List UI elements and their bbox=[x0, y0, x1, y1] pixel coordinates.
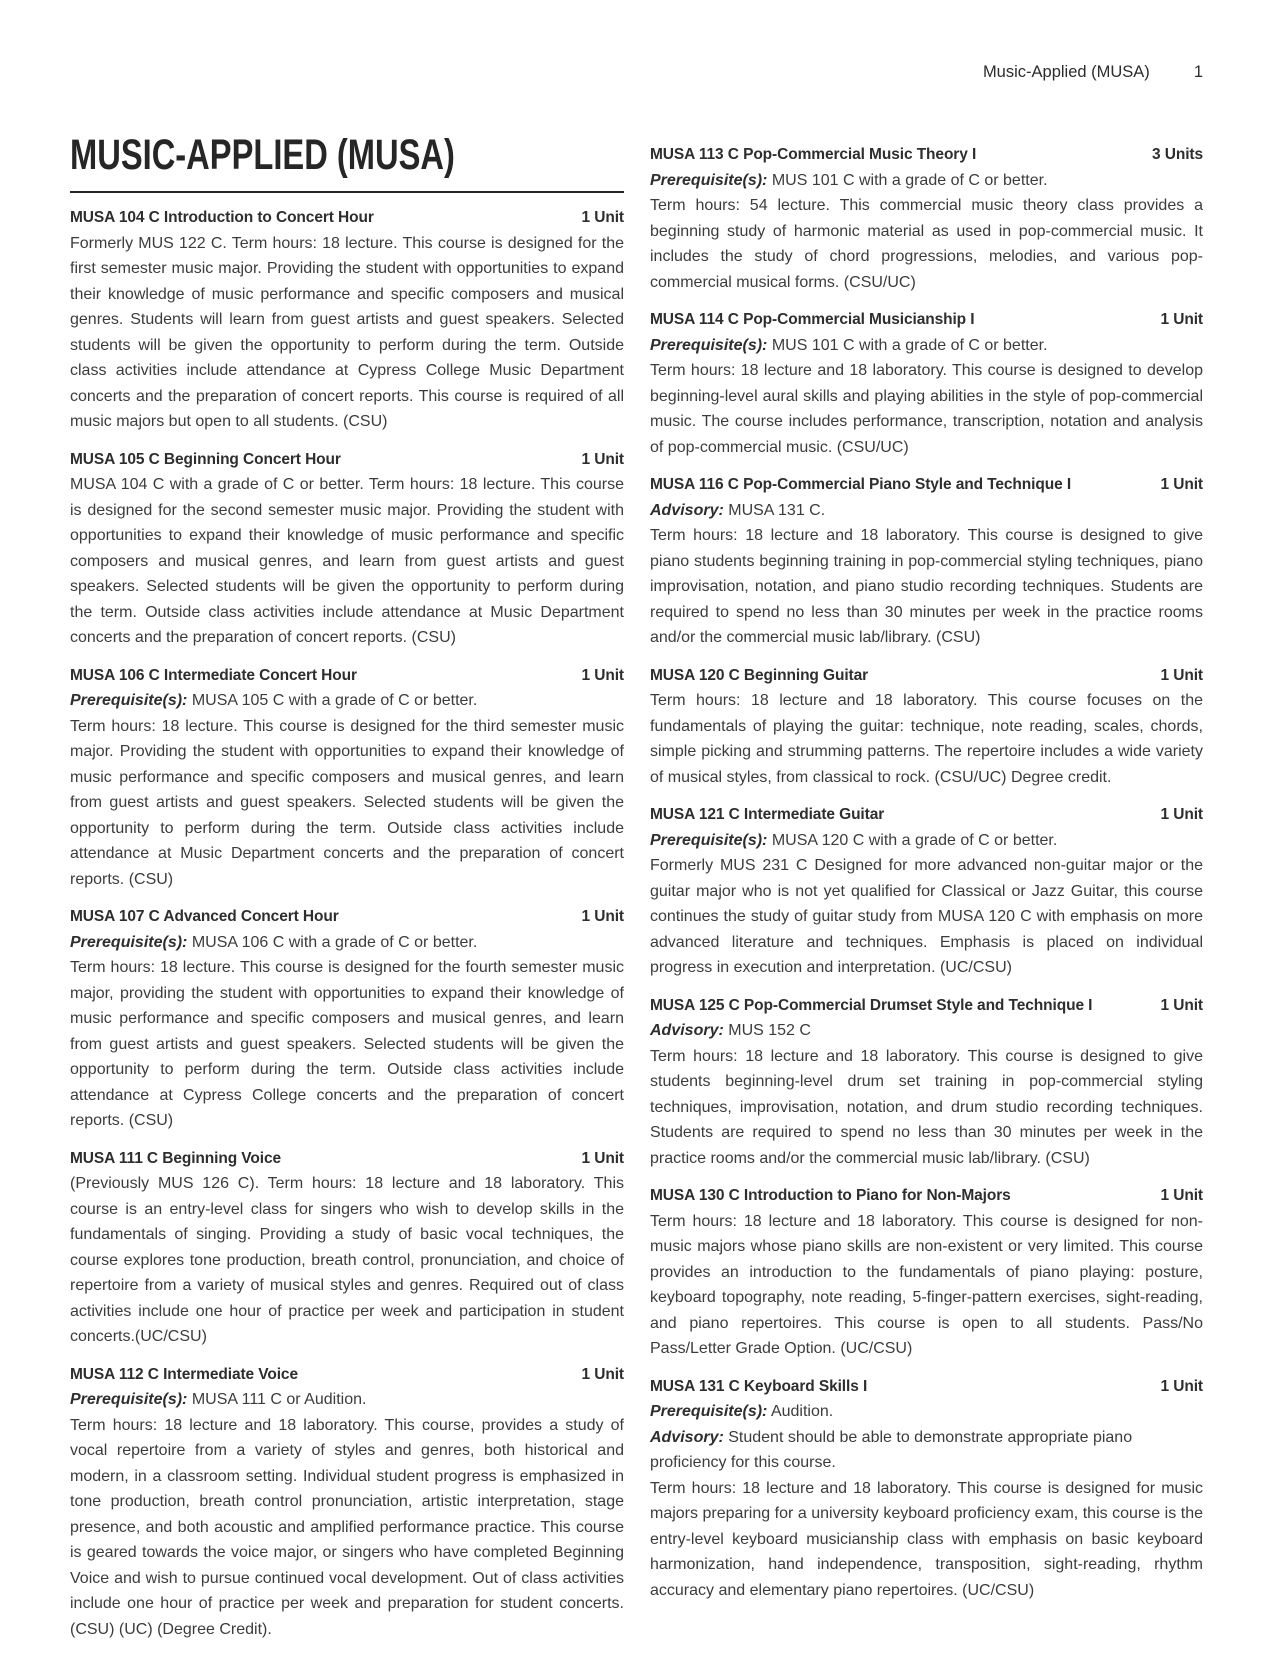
course-entry: MUSA 105 C Beginning Concert Hour 1 Unit… bbox=[70, 447, 624, 651]
course-title: MUSA 114 C Pop-Commercial Musicianship I bbox=[650, 307, 1151, 333]
course-meta-line: Advisory: MUSA 131 C. bbox=[650, 498, 1203, 524]
course-header: MUSA 107 C Advanced Concert Hour 1 Unit bbox=[70, 904, 624, 930]
course-meta-line: Prerequisite(s): MUS 101 C with a grade … bbox=[650, 333, 1203, 359]
course-body: Term hours: 18 lecture and 18 laboratory… bbox=[650, 358, 1203, 460]
course-entry: MUSA 107 C Advanced Concert Hour 1 Unit … bbox=[70, 904, 624, 1134]
course-body: Term hours: 18 lecture and 18 laboratory… bbox=[650, 688, 1203, 790]
course-body: Term hours: 18 lecture and 18 laboratory… bbox=[70, 1413, 624, 1643]
course-header: MUSA 113 C Pop-Commercial Music Theory I… bbox=[650, 142, 1203, 168]
course-meta: Advisory: MUSA 131 C. bbox=[650, 498, 1203, 524]
course-entry: MUSA 116 C Pop-Commercial Piano Style an… bbox=[650, 472, 1203, 651]
meta-label: Advisory: bbox=[650, 1429, 724, 1446]
course-header: MUSA 106 C Intermediate Concert Hour 1 U… bbox=[70, 663, 624, 689]
course-units: 1 Unit bbox=[1161, 1183, 1203, 1209]
catalog-page: Music-Applied (MUSA) 1 MUSIC-APPLIED (MU… bbox=[0, 0, 1280, 1642]
course-title: MUSA 107 C Advanced Concert Hour bbox=[70, 904, 572, 930]
course-body: (Previously MUS 126 C). Term hours: 18 l… bbox=[70, 1171, 624, 1350]
course-meta-line: Prerequisite(s): MUSA 111 C or Audition. bbox=[70, 1387, 624, 1413]
course-units: 1 Unit bbox=[582, 205, 624, 231]
course-entry: MUSA 111 C Beginning Voice 1 Unit (Previ… bbox=[70, 1146, 624, 1350]
course-meta: Prerequisite(s): MUS 101 C with a grade … bbox=[650, 333, 1203, 359]
course-body: Formerly MUS 231 C Designed for more adv… bbox=[650, 853, 1203, 981]
course-meta: Prerequisite(s): MUSA 120 C with a grade… bbox=[650, 828, 1203, 854]
meta-text: MUSA 105 C with a grade of C or better. bbox=[187, 692, 477, 709]
course-header: MUSA 130 C Introduction to Piano for Non… bbox=[650, 1183, 1203, 1209]
course-entry: MUSA 125 C Pop-Commercial Drumset Style … bbox=[650, 993, 1203, 1172]
meta-text: MUS 101 C with a grade of C or better. bbox=[767, 337, 1047, 354]
course-title: MUSA 131 C Keyboard Skills I bbox=[650, 1374, 1151, 1400]
meta-label: Prerequisite(s): bbox=[70, 692, 187, 709]
course-header: MUSA 125 C Pop-Commercial Drumset Style … bbox=[650, 993, 1203, 1019]
course-header: MUSA 114 C Pop-Commercial Musicianship I… bbox=[650, 307, 1203, 333]
course-meta-line: Prerequisite(s): MUS 101 C with a grade … bbox=[650, 168, 1203, 194]
course-body: Term hours: 18 lecture and 18 laboratory… bbox=[650, 1209, 1203, 1362]
meta-label: Prerequisite(s): bbox=[70, 934, 187, 951]
course-units: 1 Unit bbox=[582, 663, 624, 689]
meta-label: Prerequisite(s): bbox=[650, 832, 767, 849]
meta-text: MUSA 120 C with a grade of C or better. bbox=[767, 832, 1057, 849]
course-units: 1 Unit bbox=[1161, 307, 1203, 333]
course-units: 1 Unit bbox=[582, 1362, 624, 1388]
course-meta: Prerequisite(s): MUS 101 C with a grade … bbox=[650, 168, 1203, 194]
course-title: MUSA 121 C Intermediate Guitar bbox=[650, 802, 1151, 828]
course-body: Formerly MUS 122 C. Term hours: 18 lectu… bbox=[70, 231, 624, 435]
course-title: MUSA 105 C Beginning Concert Hour bbox=[70, 447, 572, 473]
course-entry: MUSA 130 C Introduction to Piano for Non… bbox=[650, 1183, 1203, 1362]
course-title: MUSA 106 C Intermediate Concert Hour bbox=[70, 663, 572, 689]
course-meta: Prerequisite(s): MUSA 106 C with a grade… bbox=[70, 930, 624, 956]
course-meta-line: Advisory: MUS 152 C bbox=[650, 1018, 1203, 1044]
left-column: MUSIC-APPLIED (MUSA) MUSA 104 C Introduc… bbox=[70, 84, 624, 1642]
course-meta: Prerequisite(s): MUSA 111 C or Audition. bbox=[70, 1387, 624, 1413]
course-body: Term hours: 18 lecture and 18 laboratory… bbox=[650, 1476, 1203, 1604]
course-title: MUSA 116 C Pop-Commercial Piano Style an… bbox=[650, 472, 1151, 498]
running-header-section: Music-Applied (MUSA) bbox=[983, 60, 1150, 84]
course-units: 1 Unit bbox=[582, 447, 624, 473]
section-title-block: MUSIC-APPLIED (MUSA) bbox=[70, 130, 624, 193]
course-units: 1 Unit bbox=[1161, 1374, 1203, 1400]
course-units: 1 Unit bbox=[1161, 663, 1203, 689]
course-header: MUSA 121 C Intermediate Guitar 1 Unit bbox=[650, 802, 1203, 828]
course-title: MUSA 111 C Beginning Voice bbox=[70, 1146, 572, 1172]
course-meta: Advisory: MUS 152 C bbox=[650, 1018, 1203, 1044]
course-title: MUSA 113 C Pop-Commercial Music Theory I bbox=[650, 142, 1142, 168]
meta-label: Advisory: bbox=[650, 502, 724, 519]
course-header: MUSA 112 C Intermediate Voice 1 Unit bbox=[70, 1362, 624, 1388]
course-entry: MUSA 113 C Pop-Commercial Music Theory I… bbox=[650, 142, 1203, 295]
course-meta-line: Prerequisite(s): MUSA 106 C with a grade… bbox=[70, 930, 624, 956]
right-column: MUSA 113 C Pop-Commercial Music Theory I… bbox=[650, 84, 1203, 1603]
course-units: 1 Unit bbox=[582, 904, 624, 930]
meta-text: Audition. bbox=[767, 1403, 833, 1420]
course-entry: MUSA 106 C Intermediate Concert Hour 1 U… bbox=[70, 663, 624, 893]
course-body: Term hours: 18 lecture. This course is d… bbox=[70, 955, 624, 1134]
course-meta-line: Prerequisite(s): MUSA 120 C with a grade… bbox=[650, 828, 1203, 854]
meta-text: MUSA 111 C or Audition. bbox=[187, 1391, 366, 1408]
course-meta: Prerequisite(s): Audition.Advisory: Stud… bbox=[650, 1399, 1203, 1476]
course-units: 1 Unit bbox=[1161, 802, 1203, 828]
course-header: MUSA 104 C Introduction to Concert Hour … bbox=[70, 205, 624, 231]
course-body: MUSA 104 C with a grade of C or better. … bbox=[70, 472, 624, 651]
course-meta: Prerequisite(s): MUSA 105 C with a grade… bbox=[70, 688, 624, 714]
course-units: 1 Unit bbox=[1161, 993, 1203, 1019]
course-meta-line: Advisory: Student should be able to demo… bbox=[650, 1425, 1203, 1476]
course-units: 1 Unit bbox=[1161, 472, 1203, 498]
meta-label: Prerequisite(s): bbox=[70, 1391, 187, 1408]
meta-text: MUSA 131 C. bbox=[724, 502, 825, 519]
course-entry: MUSA 121 C Intermediate Guitar 1 Unit Pr… bbox=[650, 802, 1203, 981]
course-title: MUSA 130 C Introduction to Piano for Non… bbox=[650, 1183, 1151, 1209]
course-body: Term hours: 54 lecture. This commercial … bbox=[650, 193, 1203, 295]
meta-text: MUSA 106 C with a grade of C or better. bbox=[187, 934, 477, 951]
course-entry: MUSA 131 C Keyboard Skills I 1 Unit Prer… bbox=[650, 1374, 1203, 1604]
course-meta-line: Prerequisite(s): MUSA 105 C with a grade… bbox=[70, 688, 624, 714]
course-entry: MUSA 120 C Beginning Guitar 1 Unit Term … bbox=[650, 663, 1203, 791]
meta-label: Prerequisite(s): bbox=[650, 337, 767, 354]
course-header: MUSA 111 C Beginning Voice 1 Unit bbox=[70, 1146, 624, 1172]
course-body: Term hours: 18 lecture and 18 laboratory… bbox=[650, 1044, 1203, 1172]
course-title: MUSA 104 C Introduction to Concert Hour bbox=[70, 205, 572, 231]
course-entry: MUSA 104 C Introduction to Concert Hour … bbox=[70, 205, 624, 435]
course-entry: MUSA 112 C Intermediate Voice 1 Unit Pre… bbox=[70, 1362, 624, 1643]
course-header: MUSA 131 C Keyboard Skills I 1 Unit bbox=[650, 1374, 1203, 1400]
course-header: MUSA 116 C Pop-Commercial Piano Style an… bbox=[650, 472, 1203, 498]
course-header: MUSA 120 C Beginning Guitar 1 Unit bbox=[650, 663, 1203, 689]
meta-text: MUS 152 C bbox=[724, 1022, 811, 1039]
course-body: Term hours: 18 lecture. This course is d… bbox=[70, 714, 624, 893]
course-body: Term hours: 18 lecture and 18 laboratory… bbox=[650, 523, 1203, 651]
course-title: MUSA 120 C Beginning Guitar bbox=[650, 663, 1151, 689]
course-units: 3 Units bbox=[1152, 142, 1203, 168]
course-title: MUSA 125 C Pop-Commercial Drumset Style … bbox=[650, 993, 1151, 1019]
course-header: MUSA 105 C Beginning Concert Hour 1 Unit bbox=[70, 447, 624, 473]
meta-label: Prerequisite(s): bbox=[650, 172, 767, 189]
meta-text: MUS 101 C with a grade of C or better. bbox=[767, 172, 1047, 189]
page-number: 1 bbox=[1194, 60, 1203, 84]
running-header: Music-Applied (MUSA) 1 bbox=[70, 60, 1203, 84]
course-entry: MUSA 114 C Pop-Commercial Musicianship I… bbox=[650, 307, 1203, 460]
page-title: MUSIC-APPLIED (MUSA) bbox=[70, 130, 455, 180]
course-meta-line: Prerequisite(s): Audition. bbox=[650, 1399, 1203, 1425]
course-units: 1 Unit bbox=[582, 1146, 624, 1172]
course-title: MUSA 112 C Intermediate Voice bbox=[70, 1362, 572, 1388]
meta-label: Advisory: bbox=[650, 1022, 724, 1039]
meta-label: Prerequisite(s): bbox=[650, 1403, 767, 1420]
two-column-content: MUSIC-APPLIED (MUSA) MUSA 104 C Introduc… bbox=[70, 84, 1203, 1642]
